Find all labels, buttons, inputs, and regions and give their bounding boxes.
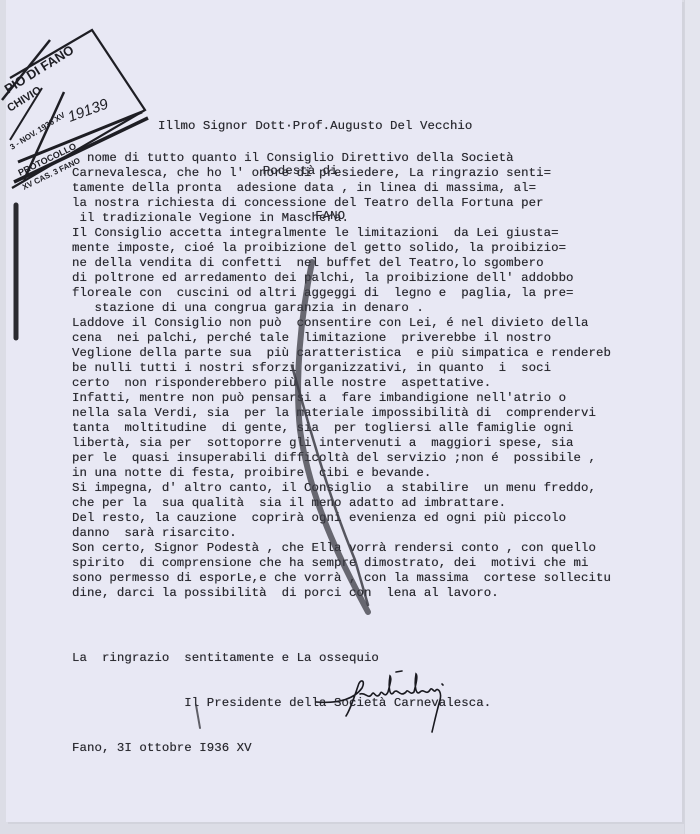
- body-line: cena nei palchi, perché tale limitazione…: [72, 331, 611, 346]
- body-line: tanta moltitudine di gente, sia per togl…: [72, 421, 611, 436]
- addressee-line: Illmo Signor Dott·Prof.Augusto Del Vecch…: [158, 119, 472, 134]
- body-line: la nostra richiesta di concessione del T…: [72, 196, 611, 211]
- body-line: Carnevalesca, che ho l' onore di presied…: [72, 166, 611, 181]
- body-line: Laddove il Consiglio non può consentire …: [72, 316, 611, 331]
- body-line: tamente della pronta adesione data , in …: [72, 181, 611, 196]
- body-line: certo non risponderebbero più alle nostr…: [72, 376, 611, 391]
- body-line: Veglione della parte sua più caratterist…: [72, 346, 611, 361]
- page-edge: [684, 0, 700, 834]
- body-line: che per la sua qualità sia il meno adatt…: [72, 496, 611, 511]
- body-line: Infatti, mentre non può pensarsi a fare …: [72, 391, 611, 406]
- closing-line: La ringrazio sentitamente e La ossequio: [72, 651, 491, 666]
- date-line: Fano, 3I ottobre I936 XV: [72, 741, 491, 756]
- body-line: sono permesso di esporLe,e che vorrà , c…: [72, 571, 611, 586]
- body-line: Si impegna, d' altro canto, il Consiglio…: [72, 481, 611, 496]
- body-line: di poltrone ed arredamento dei palchi, l…: [72, 271, 611, 286]
- letter-body: nome di tutto quanto il Consiglio Dirett…: [72, 151, 611, 601]
- body-line: mente imposte, cioé la proibizione del g…: [72, 241, 611, 256]
- body-line: nome di tutto quanto il Consiglio Dirett…: [72, 151, 611, 166]
- body-line: be nulli tutti i nostri sforzi organizza…: [72, 361, 611, 376]
- handwritten-signature: [310, 670, 480, 740]
- body-line: danno sarà risarcito.: [72, 526, 611, 541]
- body-line: ne della vendita di confetti nel buffet …: [72, 256, 611, 271]
- body-line: stazione di una congrua garanzia in dena…: [72, 301, 611, 316]
- body-line: Il Consiglio accetta integralmente le li…: [72, 226, 611, 241]
- body-line: libertà, sia per sottoporre gli interven…: [72, 436, 611, 451]
- body-line: dine, darci la possibilità di porci con …: [72, 586, 611, 601]
- body-line: nella sala Verdi, sia per la materiale i…: [72, 406, 611, 421]
- body-line: spirito di comprensione che ha sempre di…: [72, 556, 611, 571]
- body-line: floreale con cuscini od altri aggeggi di…: [72, 286, 611, 301]
- body-line: Son certo, Signor Podestà , che Ella vor…: [72, 541, 611, 556]
- body-line: Del resto, la cauzione coprirà ogni even…: [72, 511, 611, 526]
- body-line: il tradizionale Vegione in Maschera.: [72, 211, 611, 226]
- body-line: in una notte di festa, proibire cibi e b…: [72, 466, 611, 481]
- svg-text:19139: 19139: [66, 95, 112, 125]
- body-line: per le quasi insuperabili difficoltà del…: [72, 451, 611, 466]
